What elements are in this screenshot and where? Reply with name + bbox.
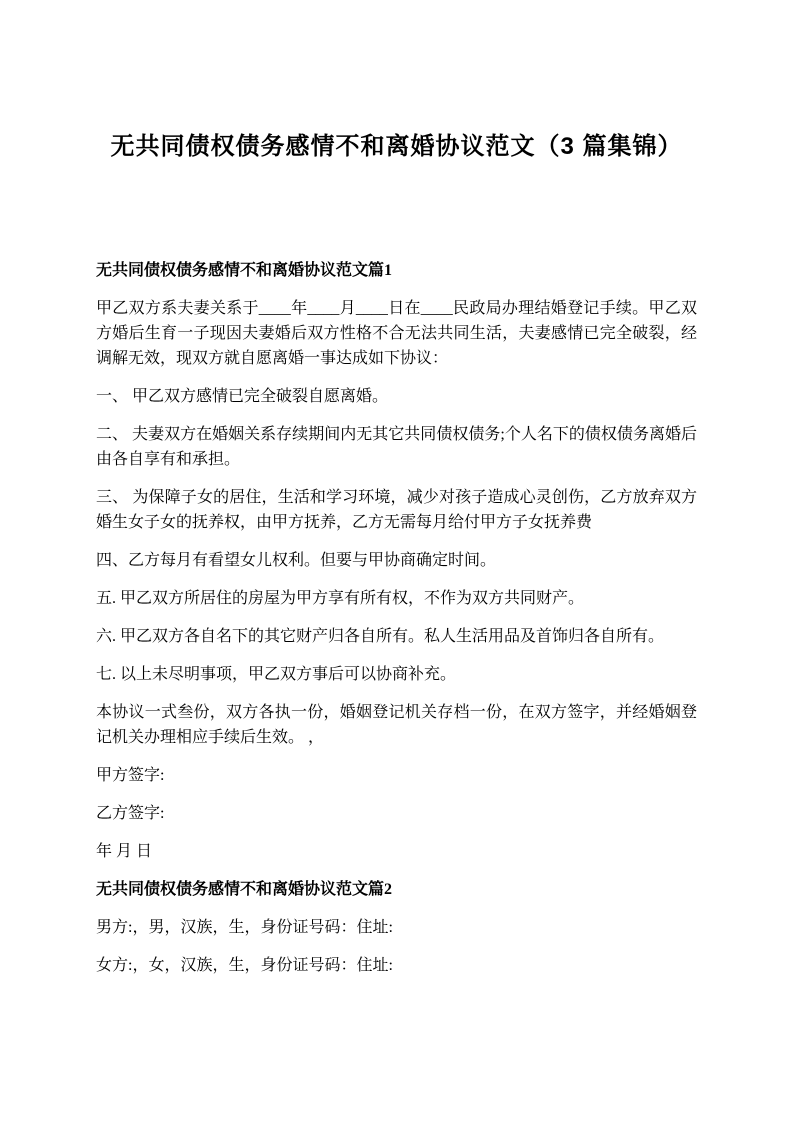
document-title: 无共同债权债务感情不和离婚协议范文（3 篇集锦） (60, 131, 733, 162)
paragraph-clause-3: 三、 为保障子女的居住，生活和学习环境，减少对孩子造成心灵创伤，乙方放弃双方婚生… (96, 485, 697, 535)
signature-line-party-b: 乙方签字: (96, 801, 697, 826)
section-2: 无共同债权债务感情不和离婚协议范文篇2 男方:，男，汉族，生，身份证号码：住址:… (96, 877, 697, 978)
section-1: 无共同债权债务感情不和离婚协议范文篇1 甲乙双方系夫妻关系于____年____月… (96, 258, 697, 864)
signature-line-party-a: 甲方签字: (96, 763, 697, 788)
paragraph-clause-6: 六. 甲乙双方各自名下的其它财产归各自所有。私人生活用品及首饰归各自所有。 (96, 624, 697, 649)
section-2-heading: 无共同债权债务感情不和离婚协议范文篇2 (96, 877, 697, 902)
document-page: 无共同债权债务感情不和离婚协议范文（3 篇集锦） 无共同债权债务感情不和离婚协议… (0, 0, 793, 1122)
paragraph-clause-2: 二、 夫妻双方在婚姻关系存续期间内无其它共同债权债务;个人名下的债权债务离婚后由… (96, 422, 697, 472)
paragraph-clause-1: 一、 甲乙双方感情已完全破裂自愿离婚。 (96, 384, 697, 409)
paragraph-effectiveness: 本协议一式叁份，双方各执一份，婚姻登记机关存档一份，在双方签字，并经婚姻登记机关… (96, 700, 697, 750)
paragraph-female-party-info: 女方:，女，汉族，生，身份证号码：住址: (96, 953, 697, 978)
document-content: 无共同债权债务感情不和离婚协议范文篇1 甲乙双方系夫妻关系于____年____月… (96, 258, 697, 978)
paragraph-clause-5: 五. 甲乙双方所居住的房屋为甲方享有所有权，不作为双方共同财产。 (96, 586, 697, 611)
paragraph-clause-7: 七. 以上未尽明事项，甲乙双方事后可以协商补充。 (96, 662, 697, 687)
date-line: 年 月 日 (96, 839, 697, 864)
paragraph-male-party-info: 男方:，男，汉族，生，身份证号码：住址: (96, 915, 697, 940)
paragraph-clause-4: 四、乙方每月有看望女儿权利。但要与甲协商确定时间。 (96, 548, 697, 573)
paragraph-intro: 甲乙双方系夫妻关系于____年____月____日在____民政局办理结婚登记手… (96, 296, 697, 371)
section-1-heading: 无共同债权债务感情不和离婚协议范文篇1 (96, 258, 697, 283)
